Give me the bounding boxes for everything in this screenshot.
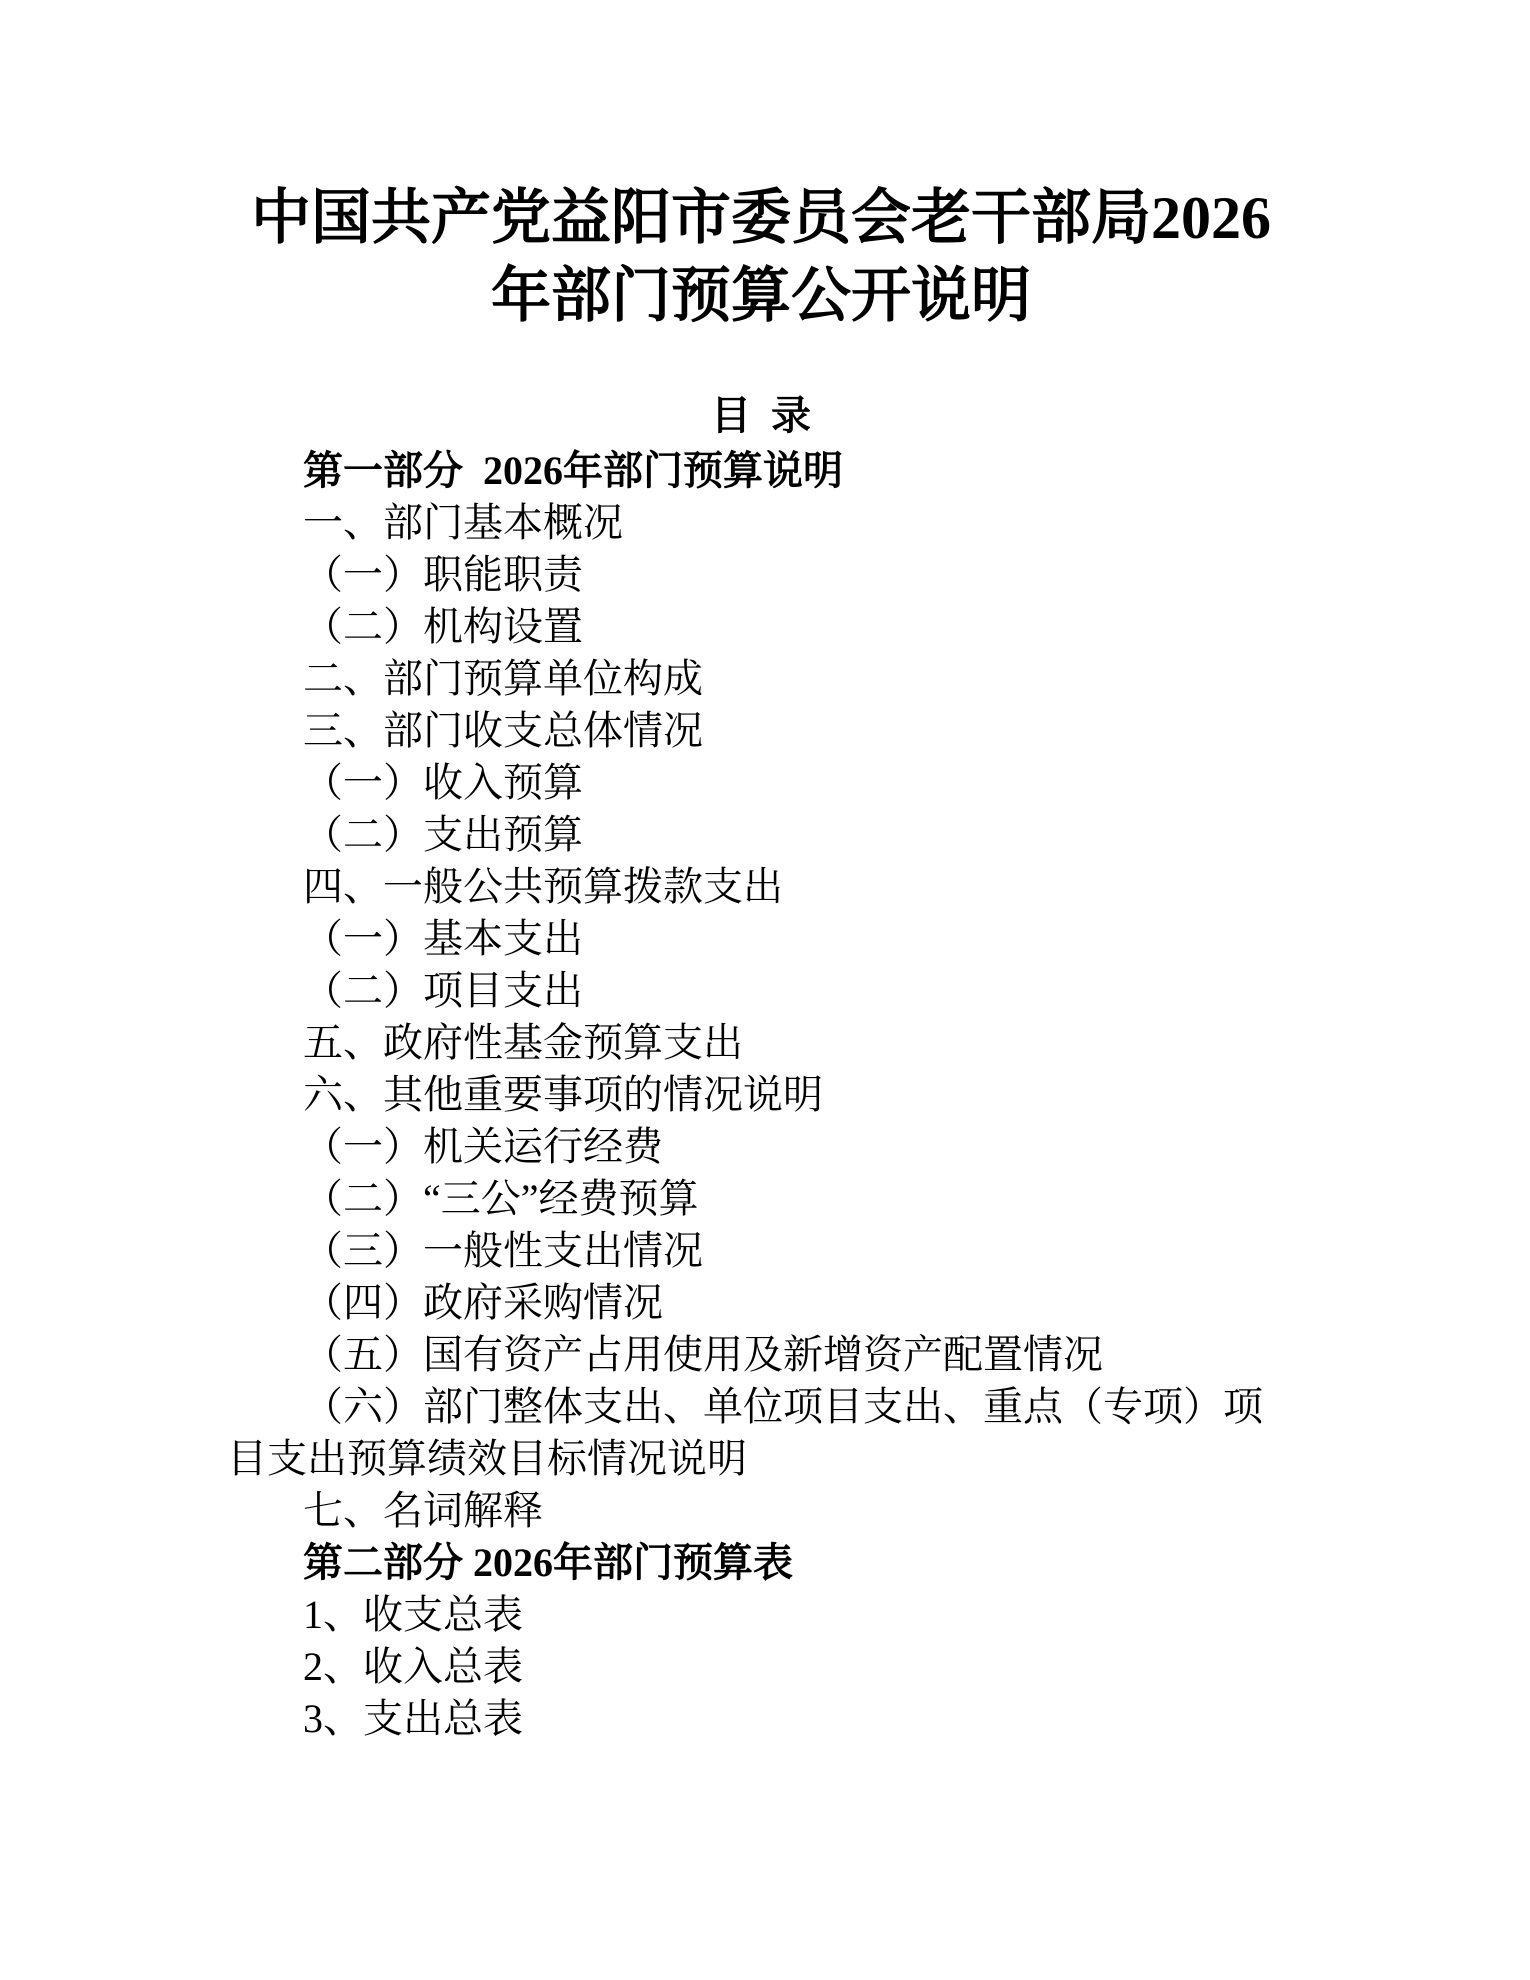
toc-entry: （二）“三公”经费预算 xyxy=(227,1173,1295,1225)
toc-entry: 一、部门基本概况 xyxy=(227,497,1295,549)
toc-entry: 1、收支总表 xyxy=(227,1589,1295,1641)
document-title: 中国共产党益阳市委员会老干部局2026年部门预算公开说明 xyxy=(227,179,1295,335)
toc-entry: 四、一般公共预算拨款支出 xyxy=(227,861,1295,913)
toc-entry: （六）部门整体支出、单位项目支出、重点（专项）项目支出预算绩效目标情况说明 xyxy=(227,1381,1295,1485)
toc-entry: 七、名词解释 xyxy=(227,1485,1295,1537)
toc-entry: 六、其他重要事项的情况说明 xyxy=(227,1069,1295,1121)
toc-entry: （四）政府采购情况 xyxy=(227,1277,1295,1329)
toc-entry: （五）国有资产占用使用及新增资产配置情况 xyxy=(227,1329,1295,1381)
toc-entry: （二）支出预算 xyxy=(227,809,1295,861)
toc-entry: 第二部分 2026年部门预算表 xyxy=(227,1537,1295,1589)
toc-list: 第一部分 2026年部门预算说明一、部门基本概况（一）职能职责（二）机构设置二、… xyxy=(227,445,1295,1745)
toc-entry: （二）机构设置 xyxy=(227,601,1295,653)
toc-entry: （三）一般性支出情况 xyxy=(227,1225,1295,1277)
toc-entry: （二）项目支出 xyxy=(227,965,1295,1017)
toc-entry: 三、部门收支总体情况 xyxy=(227,705,1295,757)
toc-entry: 3、支出总表 xyxy=(227,1693,1295,1745)
toc-entry: （一）机关运行经费 xyxy=(227,1121,1295,1173)
toc-entry: 第一部分 2026年部门预算说明 xyxy=(227,445,1295,497)
toc-entry: 五、政府性基金预算支出 xyxy=(227,1017,1295,1069)
toc-entry: （一）收入预算 xyxy=(227,757,1295,809)
toc-entry: （一）基本支出 xyxy=(227,913,1295,965)
document-page: 中国共产党益阳市委员会老干部局2026年部门预算公开说明 目 录 第一部分 20… xyxy=(0,0,1530,1980)
toc-entry: （一）职能职责 xyxy=(227,549,1295,601)
toc-entry: 2、收入总表 xyxy=(227,1641,1295,1693)
toc-heading: 目 录 xyxy=(227,390,1295,442)
toc-entry: 二、部门预算单位构成 xyxy=(227,653,1295,705)
